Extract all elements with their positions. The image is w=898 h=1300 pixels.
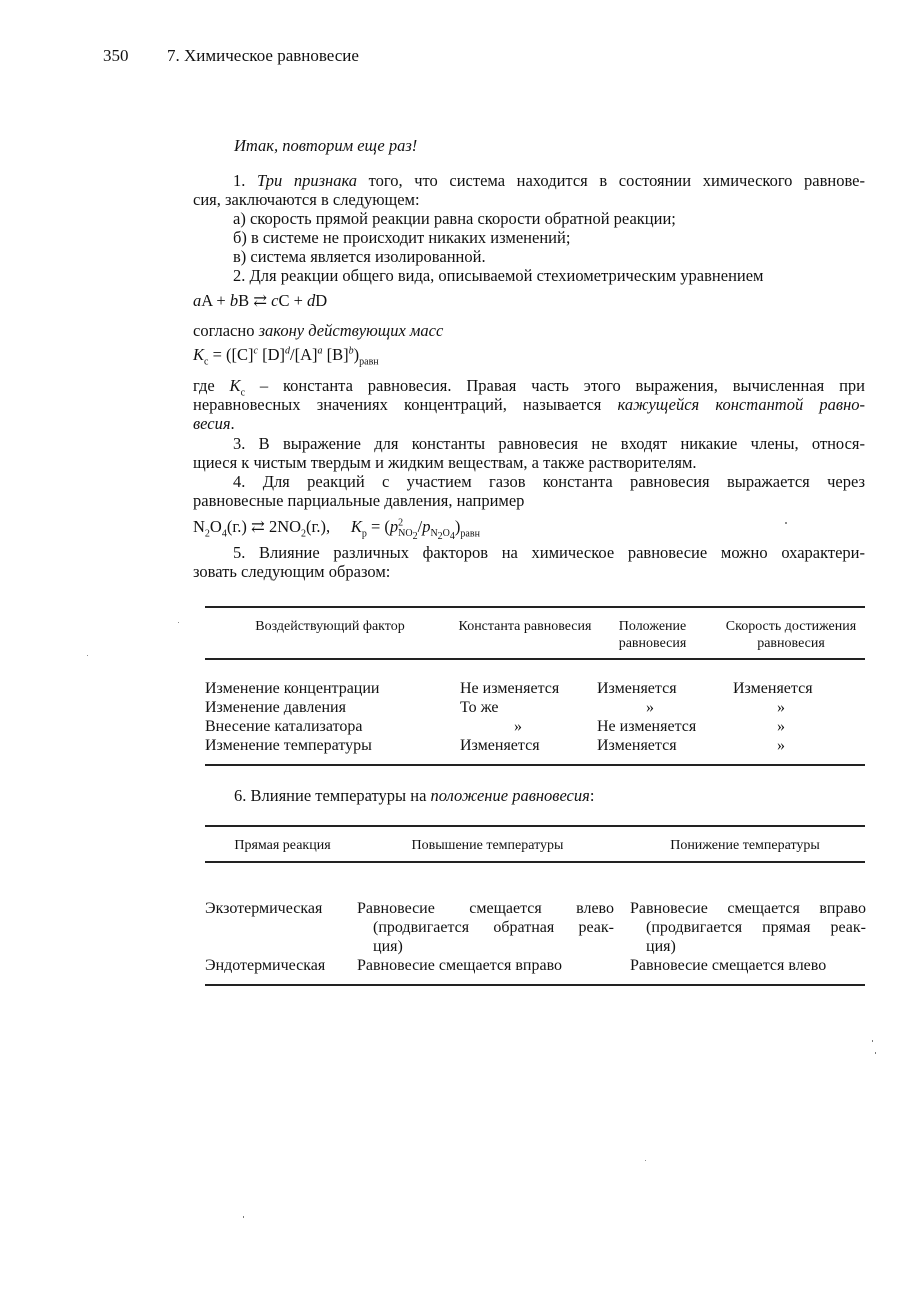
table-cell: Равновесие смещается влево <box>630 956 826 975</box>
table-cell: Равновесие смещается вправо <box>357 956 562 975</box>
table-cell: » <box>777 736 785 755</box>
scan-speck <box>243 1216 244 1218</box>
kc-explanation-line-3: весия. <box>193 414 235 433</box>
scan-speck <box>178 622 179 623</box>
table-cell: Экзотермическая <box>205 899 322 918</box>
table-header: Скорость достижения равновесия <box>712 618 870 652</box>
table-header: Понижение температуры <box>625 837 865 854</box>
table-row-factor: Изменение давления <box>205 698 346 717</box>
kc-formula: Kc = ([C]c [D]d/[A]a [B]b)равн <box>193 345 379 364</box>
table-rule-header <box>205 861 865 863</box>
point-1-item-b: б) в системе не происходит никаких измен… <box>233 228 570 247</box>
general-reaction-equation: aA + bB ⇄ cC + dD <box>193 291 327 310</box>
scan-speck <box>785 522 787 524</box>
summary-heading: Итак, повторим еще раз! <box>234 136 417 155</box>
point-1-line-1: 1. Три признака того, что система находи… <box>193 171 865 190</box>
point-1-item-a: а) скорость прямой реакции равна скорост… <box>233 209 676 228</box>
table-rule-header <box>205 658 865 660</box>
table-cell: Изменяется <box>733 679 813 698</box>
point-5-line-1: 5. Влияние различных факторов на химичес… <box>193 543 865 562</box>
table-header: Прямая реакция <box>205 837 360 854</box>
point-1-text: того, что система находится в состоянии … <box>357 171 865 190</box>
table-header: Константа равновесия <box>455 618 595 635</box>
point-6: 6. Влияние температуры на положение равн… <box>234 786 594 805</box>
table-cell: » <box>777 717 785 736</box>
table-cell: Равновесие смещается вправо (продвигаетс… <box>630 899 866 956</box>
table-row-factor: Внесение катализатора <box>205 717 362 736</box>
table-cell: » <box>646 698 654 717</box>
table-cell: Равновесие смещается влево (продвигается… <box>357 899 614 956</box>
point-1-item-c: в) система является изолированной. <box>233 247 486 266</box>
scan-speck <box>87 655 88 656</box>
point-4-line-2: равновесные парциальные давления, наприм… <box>193 491 524 510</box>
scan-speck <box>645 1160 646 1161</box>
table-cell: Эндотермическая <box>205 956 325 975</box>
kp-formula: N2O4(г.) ⇄ 2NO2(г.), Kp = (p2NO2/pN2O4)р… <box>193 517 480 537</box>
chapter-title: 7. Химическое равновесие <box>167 46 359 66</box>
mass-action-line: согласно закону действующих масс <box>193 321 443 340</box>
table-row-factor: Изменение температуры <box>205 736 372 755</box>
point-3-line-1: 3. В выражение для константы равновесия … <box>193 434 865 453</box>
point-3-line-2: щиеся к чистым твердым и жидким вещества… <box>193 453 697 472</box>
table-rule-top <box>205 606 865 608</box>
table-cell: » <box>514 717 522 736</box>
kc-explanation-text: неравновесных значениях концентраций, на… <box>193 395 618 414</box>
apparent-constant-term: кажущейся константой равно- <box>618 395 865 414</box>
kc-explanation-line-1: где Kc – константа равновесия. Правая ча… <box>193 376 865 395</box>
table-header: Повышение температуры <box>360 837 615 854</box>
table-cell: Изменяется <box>460 736 540 755</box>
table-rule-bottom <box>205 984 865 986</box>
table-cell: Не изменяется <box>597 717 696 736</box>
table-cell: Изменяется <box>597 679 677 698</box>
point-5-line-2: зовать следующим образом: <box>193 562 390 581</box>
equilibrium-position-term: положение равновесия <box>431 786 590 805</box>
table-cell: Не изменяется <box>460 679 559 698</box>
kc-explanation-line-2: неравновесных значениях концентраций, на… <box>193 395 865 414</box>
table-cell: Изменяется <box>597 736 677 755</box>
table-cell: » <box>777 698 785 717</box>
point-2-line-1: 2. Для реакции общего вида, описываемой … <box>233 266 764 285</box>
table-header: Положение равновесия <box>600 618 705 652</box>
page-number: 350 <box>103 46 129 66</box>
scan-speck <box>875 1052 876 1054</box>
scan-speck <box>872 1040 873 1042</box>
point-1-line-2: сия, заключаются в следующем: <box>193 190 420 209</box>
table-rule-top <box>205 825 865 827</box>
mass-action-prefix: согласно <box>193 321 259 340</box>
table-cell: То же <box>460 698 499 717</box>
table-rule-bottom <box>205 764 865 766</box>
point-4-line-1: 4. Для реакций с участием газов констант… <box>193 472 865 491</box>
table-row-factor: Изменение концентрации <box>205 679 380 698</box>
point-1-italic: Три признака <box>257 171 357 190</box>
table-header: Воздействующий фактор <box>205 618 455 635</box>
mass-action-law: закону действующих масс <box>259 321 444 340</box>
